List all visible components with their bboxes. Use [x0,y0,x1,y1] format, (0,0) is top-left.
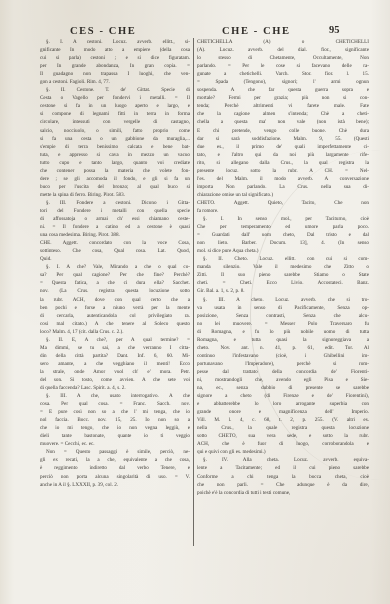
text-line: sospenda. A che far questa guerra sopra … [197,86,369,94]
text-line: di quella faccenda? Lasc. Spirit. a. 4, … [40,384,190,392]
text-line: ni, mostrandogli che, avendo egli Pisa e… [197,376,369,384]
text-line: chiarazione omise un tal significato.) [197,191,369,199]
text-line: loco? Malm. 4, 17 (cit. dalla Crus. c. 2… [40,328,190,336]
text-line: §. IV. Alla cheta. Locuz. avverb. equiva… [197,456,369,464]
text-line: s'empie di terra benissimo calcata e ben… [40,143,190,151]
text-line: poichè e'è la concordia di tutti i testi… [197,489,369,497]
text-line: Quid. [40,255,190,263]
text-line: cheti. = Cheti. Ecco Livio. Accostateci.… [197,279,369,287]
text-line: si compone di legnami fitti in terra in … [40,110,190,118]
text-line: presente locuz. sotto la rubr. A CH. = N… [197,167,369,175]
text-line: gunate a chetichelli. Varch. Stor. fior.… [197,70,369,78]
running-head-right: CHE - CHE [222,26,291,37]
text-line: ben pochi e forse a niuno verrà per la m… [40,304,190,312]
text-line: §. III. Fondere a cestoni. Dicono i Gitt… [40,199,190,207]
text-line: Che per temperamento ed umore parla poco… [197,223,369,231]
text-line: mortale? Fermi per grazia; più non si co… [197,94,369,102]
text-line: Cesta o Vagello per fondervi i metalli. … [40,94,190,102]
text-line: qui e quivi con gli es. medesimi.) [197,448,369,456]
text-line: gnificante In modo atto a empiere (della… [40,46,190,54]
text-line: §. III. A che, usato interrogativo. A ch… [40,392,190,400]
text-line: §. II. E, A che?, per A qual termine? = [40,336,190,344]
text-line: nella Crus., la quale registra questa lo… [197,424,369,432]
text-line: §. III. A cheto. Locuz. avverb. che si t… [197,296,369,304]
text-line: anche in A il §. LXXXII, p. 39, col. 2. [40,481,190,489]
text-line: CHETICHELLA (A) o CHETICHELLI [197,38,369,46]
text-line: §. I. In senso mol., per Taciturno, cioè [197,215,369,223]
text-line: cheto. Nov. ant. n. 41, p. 61, edit. Tor… [197,344,369,352]
text-line: §. II. Cestone. T. de' Gittat. Specie di [40,86,190,94]
text-line: circolare, intessuti con vergelle di cas… [40,118,190,126]
text-line: di affossatoja o armai ch' essi chiamano… [40,215,190,223]
text-line: §. I. A cestoni. Locuz. avverb. ellitt.,… [40,38,190,46]
text-line: mol. si dice pure Aqua cheta.) [197,247,369,255]
text-line: dieli tante bastonate, quante io ti vegg… [40,432,190,440]
text-line: salcio, nocciuolo, o simili, fatto propr… [40,127,190,135]
text-line: Gir. Bal. a. 1, s. 2, p. 8. [197,287,369,295]
text-line: del son. Si tosto, come avvien. A che se… [40,376,190,384]
text-line: na, ec., senza dubbio di presente se sar… [197,384,369,392]
text-line: Vill. M. l. 4, c. 68, t. 2, p. 255. (V. … [197,416,369,424]
text-line: dar si sarà soddisfazione. Malm. 9, 55. … [197,135,369,143]
text-line: sero amante, a che vegghiano il menti! E… [40,360,190,368]
text-line: = Guardati dall' uom cheto, Dal tristo e… [197,231,369,239]
text-line: cosa. Per qual cosa. = Franc. Sacch. nov… [40,400,190,408]
text-line: Conforme a chi tenga la bocca cheta, cio… [197,473,369,481]
text-line: cui si parla) cestoni ; e si dice figura… [40,54,190,62]
text-line: è reggimento indiretto dal verbo Tenere,… [40,464,190,472]
page-number: 95 [329,25,340,36]
text-line: lente a Tacitamente; ed il cui pieno sar… [197,464,369,472]
text-line: portunavano l'Imperadore), perchè si rom… [197,360,369,368]
text-line: tenda; Perchè altrimenti vi farete male.… [197,102,369,110]
text-line: sottinteso. Che cosa, Qual cosa. Lat. Qu… [40,247,190,255]
text-line: che io mi tengo, che io non vegna leggiù… [40,424,190,432]
text-line: signore a cheto (di Firenze e de' Fioren… [197,392,369,400]
text-line: gon a cestoni. Fagioli. Rim. 4, 77. [40,78,190,86]
text-line: la rubr. ACH, dove con qual certo che a [40,296,190,304]
text-line: di cercarla, autenticandola col privileg… [40,312,190,320]
text-line: lo stesso di Chetamente, Occultamente, N… [197,54,369,62]
text-line: cosi mal citato.) A che tenere al Soleco… [40,320,190,328]
text-line: = Questa fatica, a che ci dura ella? Sac… [40,279,190,287]
text-line: muovere. = Cecchi, ec. ec. [40,440,190,448]
text-line: din della città partita? Dant. Inf. 6, 6… [40,352,190,360]
running-head-left: CES - CHE [70,26,136,37]
text-line: la strale, onde Amor vuol ch' e' mora. P… [40,368,190,376]
text-line: che non parli. = Che adunque è da dire, [197,481,369,489]
text-line: nol faccia. Bocc. nov. 15, 25. Io non so… [40,416,190,424]
text-line: tuta, e appresso si cava in mezzo un vac… [40,151,190,159]
text-line: Non = Questo passaggi è simile, perciò, … [40,448,190,456]
text-line: l'es. del Malm. il modo avverb. A conver… [197,175,369,183]
text-line: e abbatterebbe lo loro arrogante superbi… [197,400,369,408]
text-line: cestone si fa in un luogo aperto e largo… [40,102,190,110]
text-line: (A). Locuz. avverb. del dial. fior., sig… [197,46,369,54]
text-line: fa romore. [197,207,369,215]
text-line: Romagna, e tutta quasi la signoreggiava … [197,336,369,344]
text-line: Zitti. Il suo pieno sarebbe Stiamo o Sta… [197,271,369,279]
text-line: tato, e l'altro qui da noi più largament… [197,151,369,159]
column-divider [193,38,194,546]
text-line: §. I. A che? Vale, Mirando a che o qual … [40,263,190,271]
text-line: dere ; se gli accomoda il fondo, e gli s… [40,175,190,183]
text-line: sa? Per qual cagione? Per che fine? Perc… [40,271,190,279]
text-line: posizione, Senza contrasti, Senza che al… [197,312,369,320]
text-line: E chi pretende, vengo colle buone. Chè d… [197,127,369,135]
text-line: Ma dimmi, se tu sai, a che verranno I ci… [40,344,190,352]
text-line: manda silenzio. Vale il medesimo che Zit… [197,263,369,271]
text-line: no lei muovere. = Messer Polo Traversaro… [197,320,369,328]
text-line: = E pure così non so a che l' mi tenga, … [40,408,190,416]
text-line: importa Non parlando. La Crus. nella sua… [197,183,369,191]
text-line: nov. (La Crus. registra questa locuzione… [40,287,190,295]
text-line: pesse dal trattato della concordia de' F… [197,368,369,376]
text-line: gli ex recati, la a che, equivalente a c… [40,456,190,464]
text-line: non lieto. Barber. Docum. 13], 4. (In se… [197,239,369,247]
text-line: tori del Fondere i metalli con quella sp… [40,207,190,215]
text-line: §. II. Cheto. Locuz. ellitt. con cui si … [197,255,369,263]
text-line: mette la spina di ferro. Biring. Pirot. … [40,191,190,199]
text-line: una cosa medesima. Biring. Pirot. 388. [40,231,190,239]
text-line: CHE. Aggett. concordato con la voce Cosa… [40,239,190,247]
text-line: = Spada (Tengono), signori; l' armi ognu… [197,78,369,86]
text-line: per In grande abondanza, In gran copia. … [40,62,190,70]
text-line: buco per l'uscita del bronzo; al qual bu… [40,183,190,191]
text-line: grande onore e magnificenza dell' Imperi… [197,408,369,416]
left-column: §. I. A cestoni. Locuz. avverb. ellitt.,… [40,38,190,489]
text-line: Il guadagno non trapassa I luoghi, che v… [40,70,190,78]
text-line: di Romagna, e fu lo più nobile uomo di t… [197,328,369,336]
text-line: ni. = Il fondere a catino ed a cestone è… [40,223,190,231]
right-column: CHETICHELLA (A) o CHETICHELLI(A). Locuz.… [197,38,369,497]
text-line: rito, si allegano dalla Crus., la qual r… [197,159,369,167]
text-line: tutto cupo e tanto largo, quanto voi cre… [40,159,190,167]
text-line: va usata in senso di Pacificamente, Senz… [197,304,369,312]
scanned-page: CES - CHE CHE - CHE 95 §. I. A cestoni. … [0,0,390,604]
text-line: si fa una cesta o un gabbione da muragli… [40,135,190,143]
text-line: perciò non porta alcuna singolarità di u… [40,473,190,481]
text-line: sotto CHETO, sua vera sede, e sotto la r… [197,432,369,440]
text-line: CHETO. Aggett. Quieto, Tacito, Che non [197,199,369,207]
text-line: che contener possa la materia che volete… [40,167,190,175]
text-line: chella a questa ma' non vale (non istà b… [197,118,369,126]
text-line: continuo l'infestavano (cioè, i Ghibelli… [197,352,369,360]
text-line: parlando. = Per le cose si facevano dell… [197,62,369,70]
text-line: ACH, che è fuor di luogo, corroborandola… [197,440,369,448]
text-line: due es., il primo de' quali imperfettame… [197,143,369,151]
text-line: che la cagione almen s'intenda; Chè a ch… [197,110,369,118]
